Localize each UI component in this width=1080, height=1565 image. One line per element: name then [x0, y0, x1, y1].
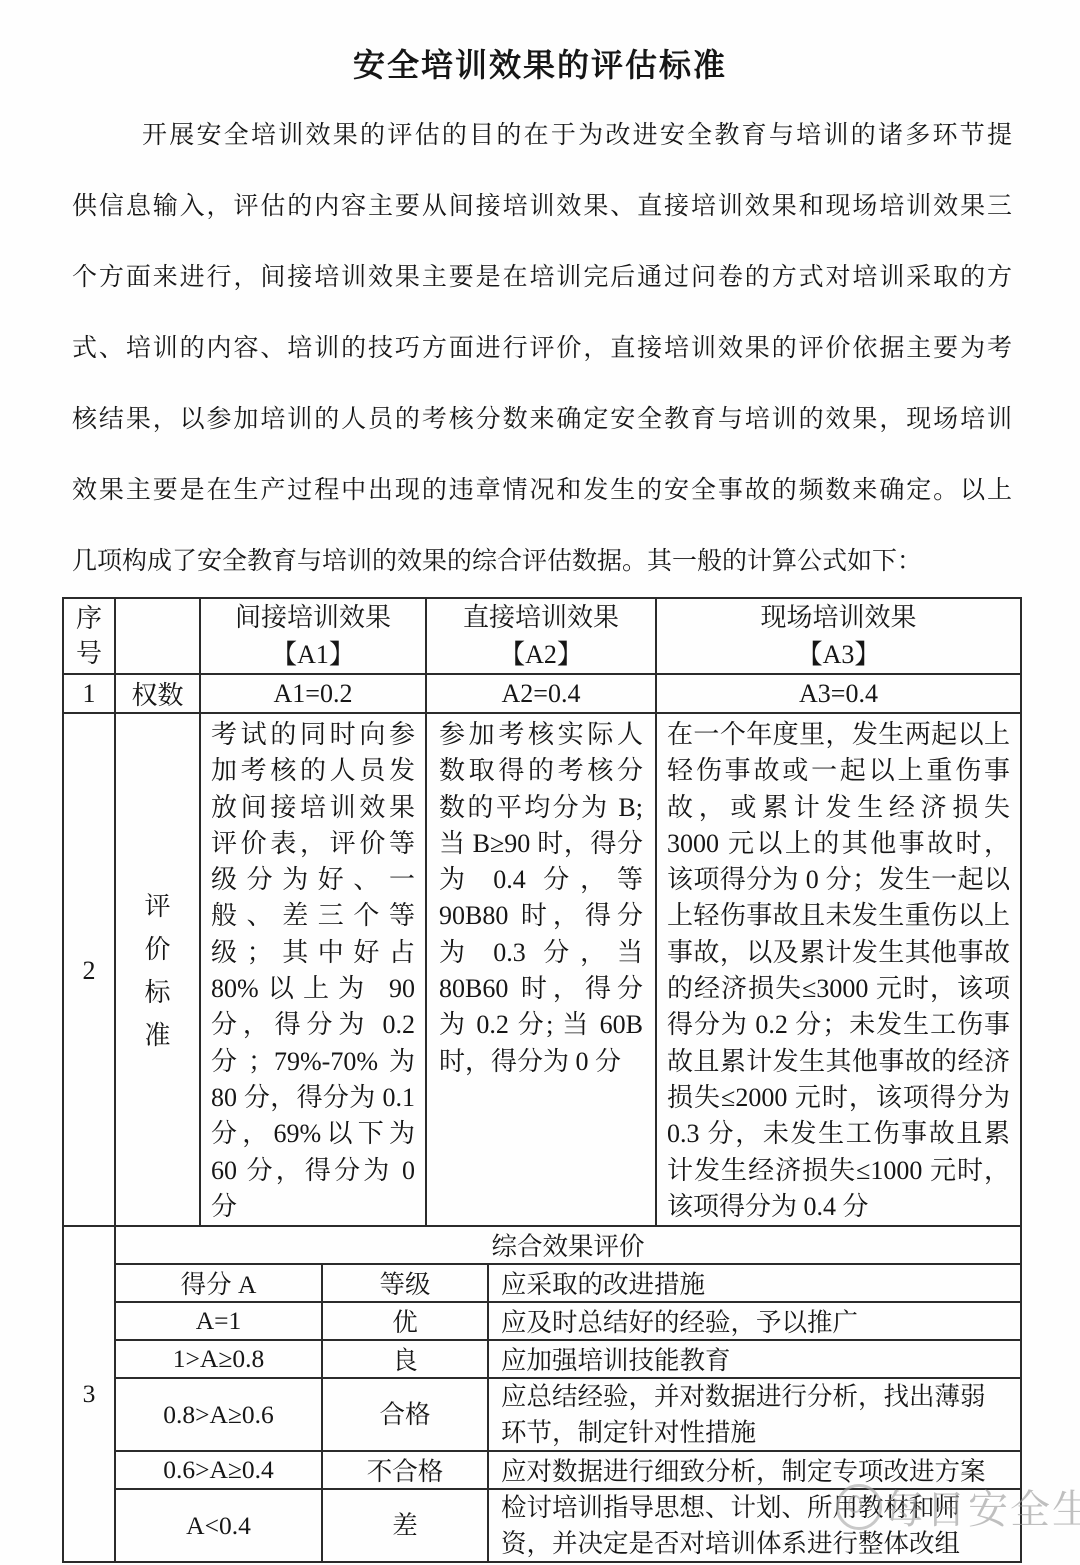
summary-grade: 良 [322, 1340, 488, 1378]
intro-paragraph: 开展安全培训效果的评估的目的在于为改进安全教育与培训的诸多环节提 供信息输入，评… [72, 100, 1012, 597]
header-col-a2: 直接培训效果 【A2】 [426, 598, 656, 674]
summary-section-title: 综合效果评价 [115, 1226, 1021, 1264]
weight-row-no: 1 [63, 674, 115, 713]
summary-measure: 应及时总结好的经验，予以推广 [488, 1302, 1021, 1340]
weight-row-label: 权数 [115, 674, 200, 713]
criteria-row-label-text: 评价标准 [143, 885, 171, 1057]
summary-score: A=1 [115, 1302, 322, 1340]
paragraph-line: 核结果，以参加培训的人员的考核分数来确定安全教育与培训的效果，现场培训 [72, 384, 1012, 455]
summary-score: 1>A≥0.8 [115, 1340, 322, 1378]
summary-score: A<0.4 [115, 1489, 322, 1562]
weight-a1: A1=0.2 [200, 674, 426, 713]
summary-grade: 优 [322, 1302, 488, 1340]
summary-grade: 合格 [322, 1378, 488, 1451]
weight-a3: A3=0.4 [656, 674, 1021, 713]
summary-measure: 检讨培训指导思想、计划、所用教材和师资，并决定是否对培训体系进行整体改组 [488, 1489, 1021, 1562]
summary-row-no: 3 [63, 1226, 115, 1562]
header-col-a3: 现场培训效果 【A3】 [656, 598, 1021, 674]
summary-row: A<0.4 差 检讨培训指导思想、计划、所用教材和师资，并决定是否对培训体系进行… [63, 1489, 1021, 1562]
summary-measure: 应总结经验，并对数据进行分析，找出薄弱环节，制定针对性措施 [488, 1378, 1021, 1451]
summary-row: 1>A≥0.8 良 应加强培训技能教育 [63, 1340, 1021, 1378]
summary-grade: 差 [322, 1489, 488, 1562]
summary-measure: 应加强培训技能教育 [488, 1340, 1021, 1378]
paragraph-line: 开展安全培训效果的评估的目的在于为改进安全教育与培训的诸多环节提 [72, 100, 1012, 171]
header-col-no-label: 序号 [75, 601, 103, 671]
criteria-row-no: 2 [63, 713, 115, 1226]
page-title: 安全培训效果的评估标准 [0, 40, 1080, 86]
paragraph-line: 式、培训的内容、培训的技巧方面进行评价，直接培训效果的评价依据主要为考 [72, 313, 1012, 384]
paragraph-line: 几项构成了安全教育与培训的效果的综合评估数据。其一般的计算公式如下： [72, 526, 1012, 597]
header-col-a1: 间接培训效果 【A1】 [200, 598, 426, 674]
summary-grade: 不合格 [322, 1451, 488, 1489]
criteria-row-label: 评价标准 [115, 713, 200, 1226]
weight-a2: A2=0.4 [426, 674, 656, 713]
summary-score: 0.6>A≥0.4 [115, 1451, 322, 1489]
summary-row: A=1 优 应及时总结好的经验，予以推广 [63, 1302, 1021, 1340]
summary-section-row: 3 综合效果评价 [63, 1226, 1021, 1264]
summary-table: 3 综合效果评价 得分 A 等级 应采取的改进措施 A=1 优 应及时总结好的经… [62, 1225, 1022, 1563]
summary-row: 0.8>A≥0.6 合格 应总结经验，并对数据进行分析，找出薄弱环节，制定针对性… [63, 1378, 1021, 1451]
summary-col-score: 得分 A [115, 1264, 322, 1302]
paragraph-line: 供信息输入，评估的内容主要从间接培训效果、直接培训效果和现场培训效果三 [72, 171, 1012, 242]
criteria-row: 2 评价标准 考试的同时向参加考核的人员发放间接培训效果评价表，评价等级分为好、… [63, 713, 1021, 1226]
document-page: 安全培训效果的评估标准 开展安全培训效果的评估的目的在于为改进安全教育与培训的诸… [0, 0, 1080, 1565]
criteria-a1: 考试的同时向参加考核的人员发放间接培训效果评价表，评价等级分为好、一般、差三个等… [200, 713, 426, 1226]
evaluation-table: 序号 间接培训效果 【A1】 直接培训效果 【A2】 现场培训效果 【A3】 1… [62, 597, 1022, 1227]
summary-measure: 应对数据进行细致分析，制定专项改进方案 [488, 1451, 1021, 1489]
summary-score: 0.8>A≥0.6 [115, 1378, 322, 1451]
paragraph-line: 效果主要是在生产过程中出现的违章情况和发生的安全事故的频数来确定。以上 [72, 455, 1012, 526]
criteria-a2: 参加考核实际人数取得的考核分数的平均分为 B; 当 B≥90 时，得分为 0.4… [426, 713, 656, 1226]
criteria-a3: 在一个年度里，发生两起以上轻伤事故或一起以上重伤事故，或累计发生经济损失 300… [656, 713, 1021, 1226]
header-col-blank [115, 598, 200, 674]
paragraph-line: 个方面来进行，间接培训效果主要是在培训完后通过问卷的方式对培训采取的方 [72, 242, 1012, 313]
summary-row: 0.6>A≥0.4 不合格 应对数据进行细致分析，制定专项改进方案 [63, 1451, 1021, 1489]
header-col-no: 序号 [63, 598, 115, 674]
summary-header-row: 得分 A 等级 应采取的改进措施 [63, 1264, 1021, 1302]
table-header-row: 序号 间接培训效果 【A1】 直接培训效果 【A2】 现场培训效果 【A3】 [63, 598, 1021, 674]
summary-col-grade: 等级 [322, 1264, 488, 1302]
weight-row: 1 权数 A1=0.2 A2=0.4 A3=0.4 [63, 674, 1021, 713]
summary-col-measure: 应采取的改进措施 [488, 1264, 1021, 1302]
